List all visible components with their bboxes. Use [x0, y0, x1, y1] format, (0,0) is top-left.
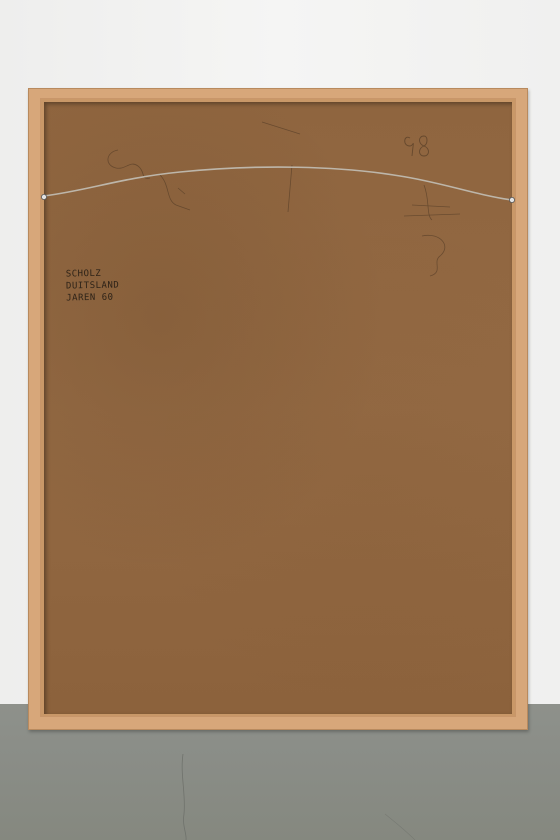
hardboard-backing [44, 102, 512, 714]
inscription-country: DUITSLAND [66, 280, 119, 293]
pencil-inscription: SCHOLZ DUITSLAND JAREN 60 [66, 268, 120, 305]
picture-frame [28, 88, 528, 730]
inscription-artist: SCHOLZ [66, 268, 119, 281]
inscription-date: JAREN 60 [66, 292, 119, 305]
